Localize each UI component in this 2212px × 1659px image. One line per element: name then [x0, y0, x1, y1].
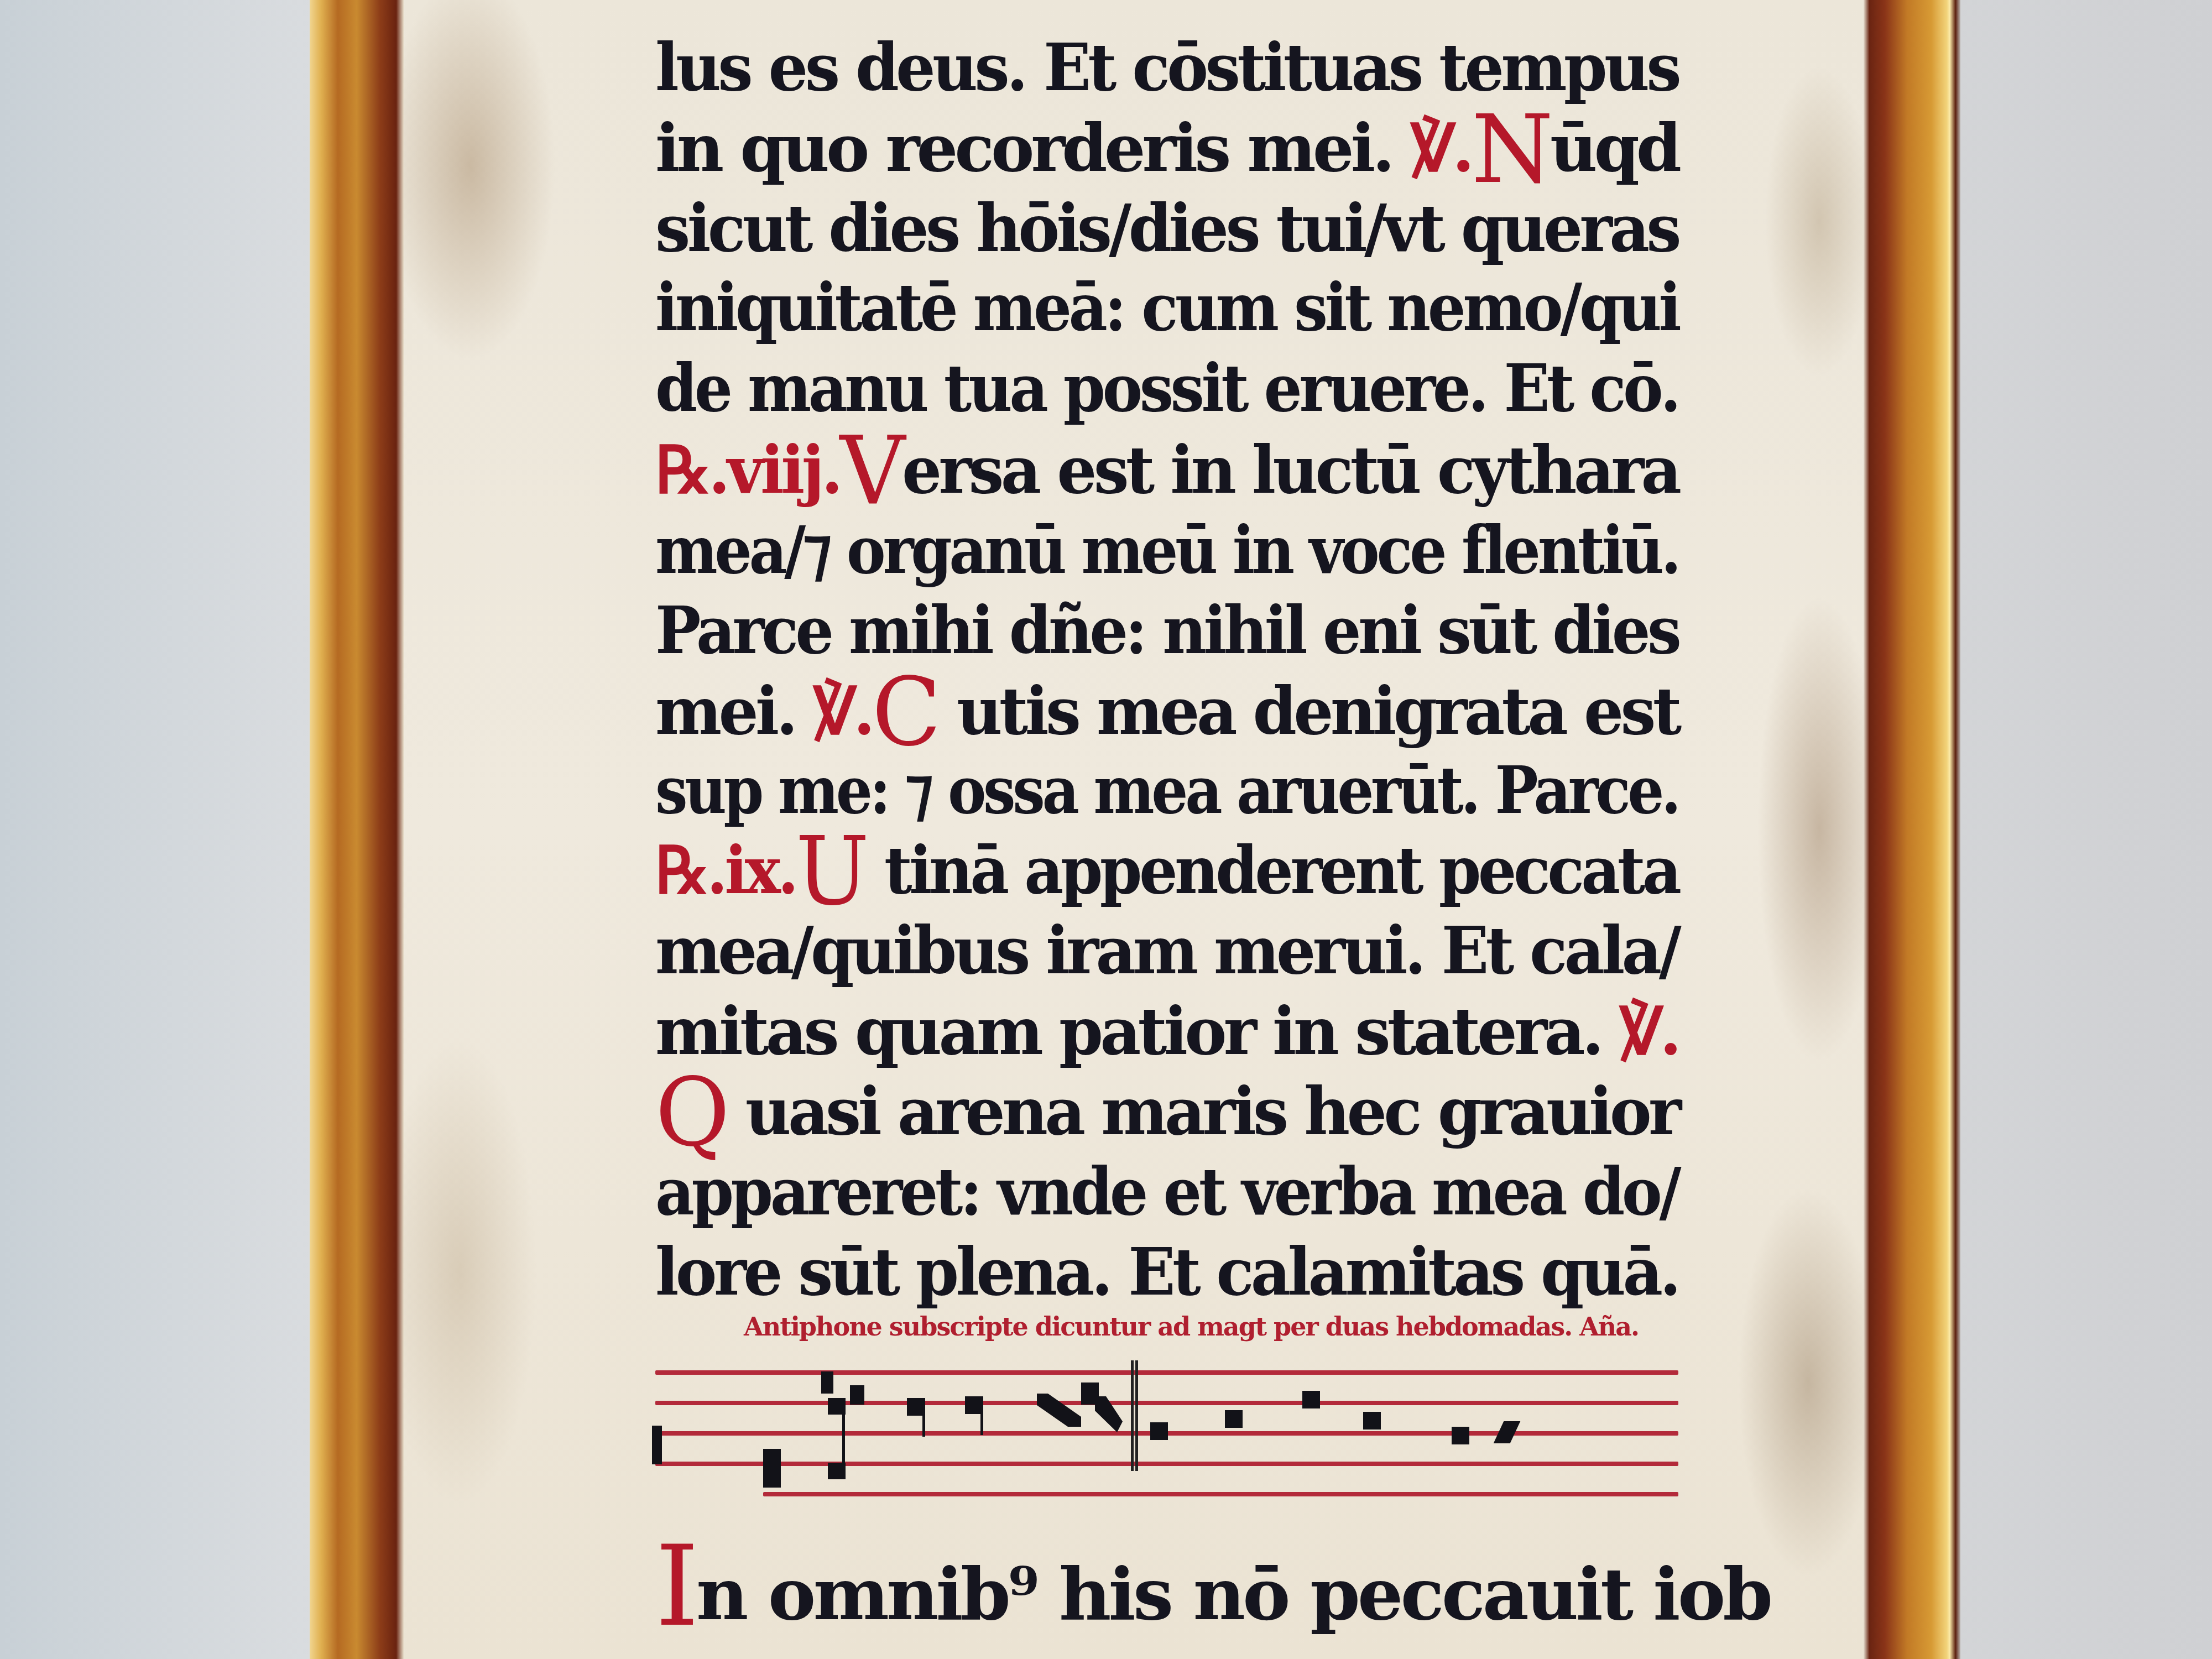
text-line: mea/⁊ organū meū in voce flentiū.: [655, 512, 1579, 589]
text-run: mei.: [655, 672, 813, 749]
text-run: de manu tua possit eruere. Et cō.: [655, 349, 1678, 426]
music-staff: [655, 1360, 1678, 1537]
text-run: ūqd: [1550, 109, 1678, 186]
text-run: mea/quibus iram merui. Et cala/: [655, 912, 1678, 989]
staff-line: [763, 1492, 1678, 1496]
note: [1225, 1410, 1243, 1428]
text-run: tinā appenderent peccata: [866, 832, 1678, 909]
rubric-mark: ℞.viij.: [655, 431, 840, 508]
text-line: appareret: vnde et verba mea do/: [655, 1153, 1606, 1230]
text-line: sup me: ⁊ ossa mea aruerūt. Parce.: [655, 752, 1557, 829]
rubric-mark: ℣.: [1620, 993, 1678, 1070]
picture-frame-right-edge: [1864, 0, 1960, 1659]
text-line: in quo recorderis mei. ℣.Nūqd: [655, 109, 1675, 187]
staff-line: [655, 1462, 1678, 1466]
text-run: appareret: vnde et verba mea do/: [655, 1153, 1678, 1230]
text-run: uasi arena maris hec grauior: [727, 1073, 1678, 1150]
text-line: iniquitatē meā: cum sit nemo/qui: [655, 269, 1597, 346]
barline: [1135, 1360, 1138, 1471]
rubric-mark: ℣.: [813, 672, 872, 749]
text-line: mea/quibus iram merui. Et cala/: [655, 912, 1629, 989]
rubric-mark: ℣.: [1411, 109, 1471, 186]
text-run: mea/⁊ organū meū in voce flentiū.: [655, 512, 1678, 588]
red-initial: C: [872, 680, 938, 746]
incipit-text: n omnib⁹ his nō peccauit iob: [696, 1552, 1770, 1636]
text-line: mei. ℣.C utis mea denigrata est: [655, 672, 1641, 750]
red-initial: V: [840, 439, 902, 505]
initial-letter: I: [655, 1522, 696, 1651]
note: [1150, 1422, 1168, 1440]
note: [1302, 1391, 1320, 1408]
text-run: lore sūt plena. Et calamitas quā.: [655, 1233, 1678, 1310]
red-initial: Q: [655, 1080, 727, 1146]
text-line: lore sūt plena. Et calamitas quā.: [655, 1233, 1627, 1311]
ligature-note: [1037, 1394, 1081, 1427]
text-run: utis mea denigrata est: [938, 672, 1678, 749]
stem: [922, 1398, 925, 1437]
red-initial: U: [796, 839, 867, 905]
rubric-antiphon-instruction: Antiphone subscripte dicuntur ad magt pe…: [744, 1312, 1639, 1342]
text-run: sicut dies hōis/dies tui/vt queras: [655, 190, 1678, 267]
text-line: Parce mihi dñe: nihil eni sūt dies: [655, 592, 1608, 669]
staff-line: [655, 1370, 1678, 1375]
text-line: de manu tua possit eruere. Et cō.: [655, 349, 1601, 427]
rubric-mark: ℞.ix.: [655, 832, 796, 909]
text-run: mitas quam patior in statera.: [655, 993, 1620, 1070]
note: [828, 1463, 846, 1479]
picture-frame-left-edge: [310, 0, 404, 1659]
text-line: ℞.ix.U tinā appenderent peccata: [655, 832, 1606, 909]
staff-line: [655, 1401, 1678, 1405]
note: [1363, 1412, 1381, 1430]
text-run: iniquitatē meā: cum sit nemo/qui: [655, 269, 1678, 346]
text-run: in quo recorderis mei.: [655, 109, 1411, 186]
text-line: Q uasi arena maris hec grauior: [655, 1073, 1644, 1150]
text-run: Parce mihi dñe: nihil eni sūt dies: [655, 592, 1678, 669]
text-line: sicut dies hōis/dies tui/vt queras: [655, 190, 1631, 267]
text-run: ersa est in luctū cythara: [902, 431, 1678, 508]
text-line: mitas quam patior in statera. ℣.: [655, 993, 1647, 1070]
red-initial: N: [1472, 117, 1550, 183]
note: [763, 1449, 781, 1488]
note: [821, 1371, 833, 1394]
barline: [1131, 1360, 1134, 1471]
note: [1452, 1427, 1469, 1444]
chant-incipit: In omnib⁹ his nō peccauit iob: [655, 1543, 1770, 1639]
c-clef-icon: [652, 1426, 662, 1464]
text-run: lus es deus. Et cōstituas tempus: [655, 29, 1678, 106]
stem: [980, 1396, 983, 1435]
note: [850, 1385, 864, 1405]
text-line: ℞.viij.Versa est in luctū cythara: [655, 431, 1640, 509]
text-line: lus es deus. Et cōstituas tempus: [655, 29, 1633, 106]
